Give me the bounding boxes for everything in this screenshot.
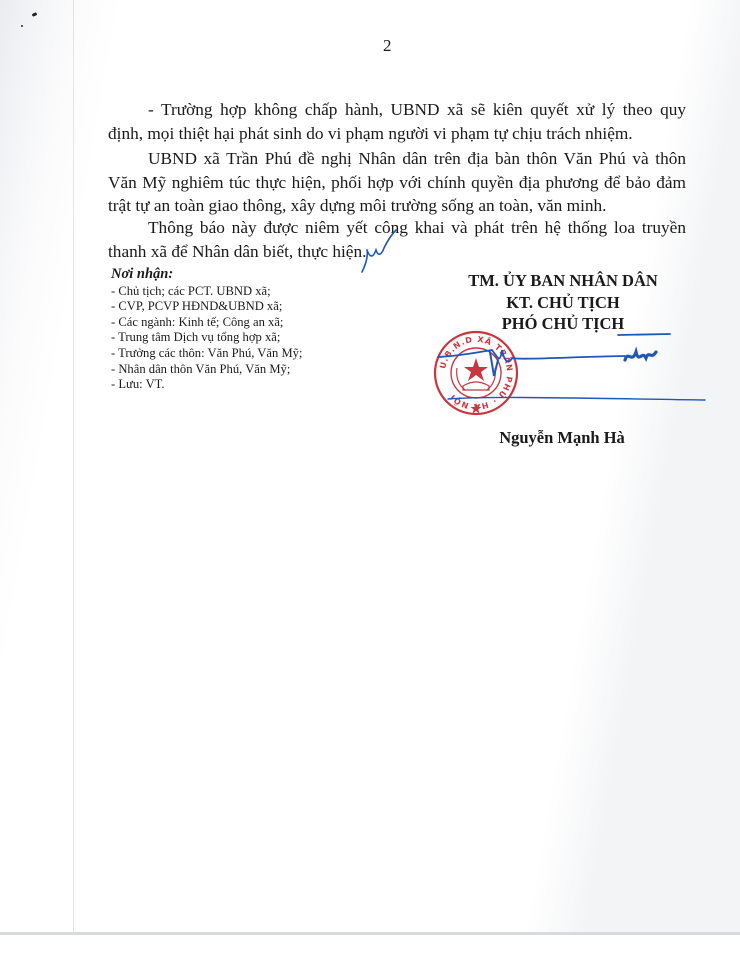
signature-authority: TM. ỦY BAN NHÂN DÂN xyxy=(444,270,682,292)
signature-on-behalf: KT. CHỦ TỊCH xyxy=(444,292,682,314)
paragraph-line: UBND xã Trần Phú đề nghị Nhân dân trên đ… xyxy=(108,147,686,171)
recipients-list: Nơi nhận: - Chủ tịch; các PCT. UBND xã; … xyxy=(111,267,302,393)
recipient-item: - Trung tâm Dịch vụ tổng hợp xã; xyxy=(111,330,302,346)
paragraph-line: - Trường hợp không chấp hành, UBND xã sẽ… xyxy=(108,98,686,122)
scan-edge-line xyxy=(73,0,74,932)
handwritten-signature-icon xyxy=(420,320,720,420)
initials-scribble-icon xyxy=(358,228,398,276)
recipient-item: - Các ngành: Kinh tế; Công an xã; xyxy=(111,315,302,331)
paragraph-line: Văn Mỹ nghiêm túc thực hiện, phối hợp vớ… xyxy=(108,171,686,195)
recipient-item: - Trưởng các thôn: Văn Phú, Văn Mỹ; xyxy=(111,346,302,362)
recipient-item: - Chủ tịch; các PCT. UBND xã; xyxy=(111,284,302,300)
recipient-item: - Lưu: VT. xyxy=(111,377,302,393)
page-number: 2 xyxy=(383,36,392,56)
signer-name: Nguyễn Mạnh Hà xyxy=(452,428,672,448)
paragraph-request: UBND xã Trần Phú đề nghị Nhân dân trên đ… xyxy=(108,147,686,218)
scan-speck xyxy=(21,25,23,27)
recipient-item: - CVP, PCVP HĐND&UBND xã; xyxy=(111,299,302,315)
paragraph-non-compliance: - Trường hợp không chấp hành, UBND xã sẽ… xyxy=(108,98,686,145)
paragraph-line: trật tự an toàn giao thông, xây dựng môi… xyxy=(108,194,686,218)
paragraph-line: định, mọi thiệt hại phát sinh do vi phạm… xyxy=(108,122,686,146)
document-page: 2 - Trường hợp không chấp hành, UBND xã … xyxy=(0,0,740,933)
scan-speck xyxy=(32,12,38,17)
recipients-title: Nơi nhận: xyxy=(111,267,302,283)
recipient-item: - Nhân dân thôn Văn Phú, Văn Mỹ; xyxy=(111,362,302,378)
page-bottom-edge xyxy=(0,932,740,935)
